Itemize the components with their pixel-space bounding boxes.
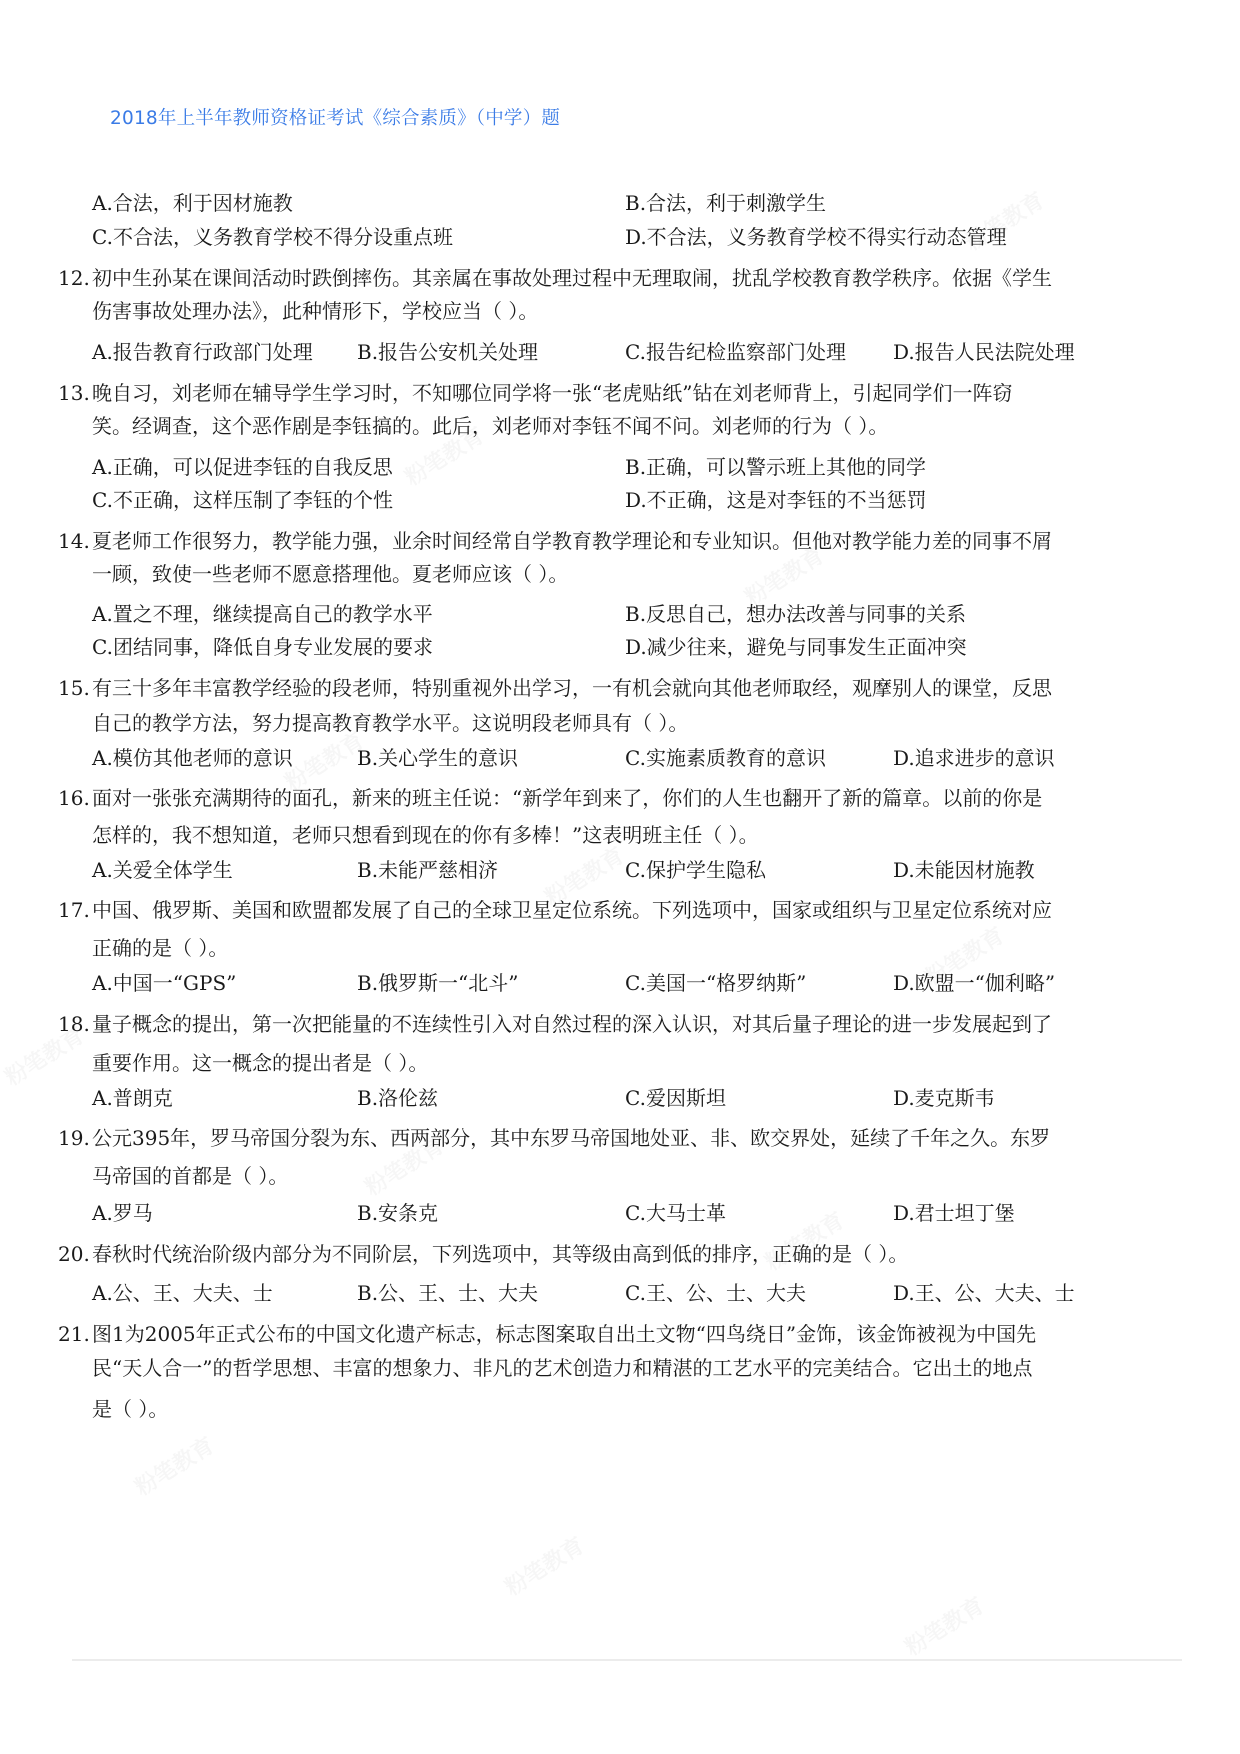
q17-stem-line-2: 正确的是（ ）。 [92,936,228,960]
q14-number: 14. [58,529,90,553]
q12-stem-line-2: 伤害事故处理办法》，此种情形下，学校应当（ ）。 [92,299,538,323]
q17-option-a: A.中国一“GPS” [92,971,236,995]
q11-option-c: C.不合法，义务教育学校不得分设重点班 [92,225,453,249]
q15-stem-line-1: 有三十多年丰富教学经验的段老师，特别重视外出学习，一有机会就向其他老师取经，观摩… [92,676,1052,700]
q19-stem-line-1: 公元395年，罗马帝国分裂为东、西两部分，其中东罗马帝国地处亚、非、欧交界处，延… [92,1126,1050,1150]
q13-number: 13. [58,381,90,405]
q18-option-c: C.爱因斯坦 [625,1086,726,1110]
q15-number: 15. [58,676,90,700]
q17-stem-line-1: 中国、俄罗斯、美国和欧盟都发展了自己的全球卫星定位系统。下列选项中，国家或组织与… [92,898,1052,922]
q13-option-a: A.正确，可以促进李钰的自我反思 [92,455,393,479]
footer-divider [72,1659,1182,1661]
q17-option-c: C.美国一“格罗纳斯” [625,971,806,995]
q19-option-c: C.大马士革 [625,1201,726,1225]
q11-option-d: D.不合法，义务教育学校不得实行动态管理 [625,225,1007,249]
q13-option-d: D.不正确，这是对李钰的不当惩罚 [625,488,927,512]
q12-option-b: B.报告公安机关处理 [357,340,538,364]
q15-option-c: C.实施素质教育的意识 [625,746,826,770]
q18-stem-line-2: 重要作用。这一概念的提出者是（ ）。 [92,1051,428,1075]
q12-number: 12. [58,266,90,290]
q12-option-a: A.报告教育行政部门处理 [92,340,313,364]
q16-stem-line-1: 面对一张张充满期待的面孔，新来的班主任说：“新学年到来了，你们的人生也翻开了新的… [92,786,1042,810]
q13-option-b: B.正确，可以警示班上其他的同学 [625,455,926,479]
q18-stem-line-1: 量子概念的提出，第一次把能量的不连续性引入对自然过程的深入认识，对其后量子理论的… [92,1012,1052,1036]
watermark: 粉笔教育 [898,1589,989,1662]
q19-stem-line-2: 马帝国的首都是（ ）。 [92,1164,288,1188]
q12-option-d: D.报告人民法院处理 [893,340,1075,364]
q13-option-c: C.不正确，这样压制了李钰的个性 [92,488,393,512]
q16-number: 16. [58,786,90,810]
q21-stem-line-1: 图1为2005年正式公布的中国文化遗产标志，标志图案取自出土文物“四鸟绕日”金饰… [92,1322,1036,1346]
q16-option-a: A.关爱全体学生 [92,858,233,882]
watermark: 粉笔教育 [128,1429,219,1502]
watermark: 粉笔教育 [758,1204,849,1277]
q17-number: 17. [58,898,90,922]
q14-option-b: B.反思自己，想办法改善与同事的关系 [625,602,966,626]
q12-stem-line-1: 初中生孙某在课间活动时跌倒摔伤。其亲属在事故处理过程中无理取闹，扰乱学校教育教学… [92,266,1052,290]
q19-option-d: D.君士坦丁堡 [893,1201,1015,1225]
q14-option-c: C.团结同事，降低自身专业发展的要求 [92,635,433,659]
q20-option-c: C.王、公、士、大夫 [625,1281,806,1305]
q20-option-d: D.王、公、大夫、士 [893,1281,1075,1305]
q12-option-c: C.报告纪检监察部门处理 [625,340,846,364]
q14-option-d: D.减少往来，避免与同事发生正面冲突 [625,635,967,659]
q15-option-b: B.关心学生的意识 [357,746,518,770]
q13-stem-line-2: 笑。经调查，这个恶作剧是李钰搞的。此后，刘老师对李钰不闻不问。刘老师的行为（ ）… [92,414,888,438]
q19-option-a: A.罗马 [92,1201,153,1225]
q18-option-a: A.普朗克 [92,1086,173,1110]
q15-option-d: D.追求进步的意识 [893,746,1055,770]
q21-number: 21. [58,1322,90,1346]
q13-stem-line-1: 晚自习，刘老师在辅导学生学习时，不知哪位同学将一张“老虎贴纸”钻在刘老师背上，引… [92,381,1012,405]
q20-option-b: B.公、王、士、大夫 [357,1281,538,1305]
document-page: 2018年上半年教师资格证考试《综合素质》（中学）题 A.合法，利于因材施教 B… [0,0,1240,1754]
q18-option-b: B.洛伦兹 [357,1086,438,1110]
q14-option-a: A.置之不理，继续提高自己的教学水平 [92,602,433,626]
q18-option-d: D.麦克斯韦 [893,1086,995,1110]
watermark: 粉笔教育 [0,1019,90,1092]
q14-stem-line-2: 一顾，致使一些老师不愿意搭理他。夏老师应该（ ）。 [92,562,568,586]
q20-number: 20. [58,1242,90,1266]
page-title: 2018年上半年教师资格证考试《综合素质》（中学）题 [110,104,560,130]
q17-option-b: B.俄罗斯一“北斗” [357,971,519,995]
q15-stem-line-2: 自己的教学方法，努力提高教育教学水平。这说明段老师具有（ ）。 [92,711,688,735]
q16-option-d: D.未能因材施教 [893,858,1035,882]
q11-option-a: A.合法，利于因材施教 [92,191,293,215]
q19-option-b: B.安条克 [357,1201,438,1225]
q16-stem-line-2: 怎样的，我不想知道，老师只想看到现在的你有多棒！”这表明班主任（ ）。 [92,823,759,847]
watermark: 粉笔教育 [498,1529,589,1602]
q16-option-c: C.保护学生隐私 [625,858,766,882]
q20-option-a: A.公、王、大夫、士 [92,1281,273,1305]
q19-number: 19. [58,1126,90,1150]
q15-option-a: A.模仿其他老师的意识 [92,746,293,770]
q17-option-d: D.欧盟一“伽利略” [893,971,1055,995]
q14-stem-line-1: 夏老师工作很努力，教学能力强，业余时间经常自学教育教学理论和专业知识。但他对教学… [92,529,1052,553]
q16-option-b: B.未能严慈相济 [357,858,498,882]
q11-option-b: B.合法，利于刺激学生 [625,191,826,215]
q21-stem-line-3: 是（ ）。 [92,1397,168,1421]
q21-stem-line-2: 民“天人合一”的哲学思想、丰富的想象力、非凡的艺术创造力和精湛的工艺水平的完美结… [92,1356,1032,1380]
